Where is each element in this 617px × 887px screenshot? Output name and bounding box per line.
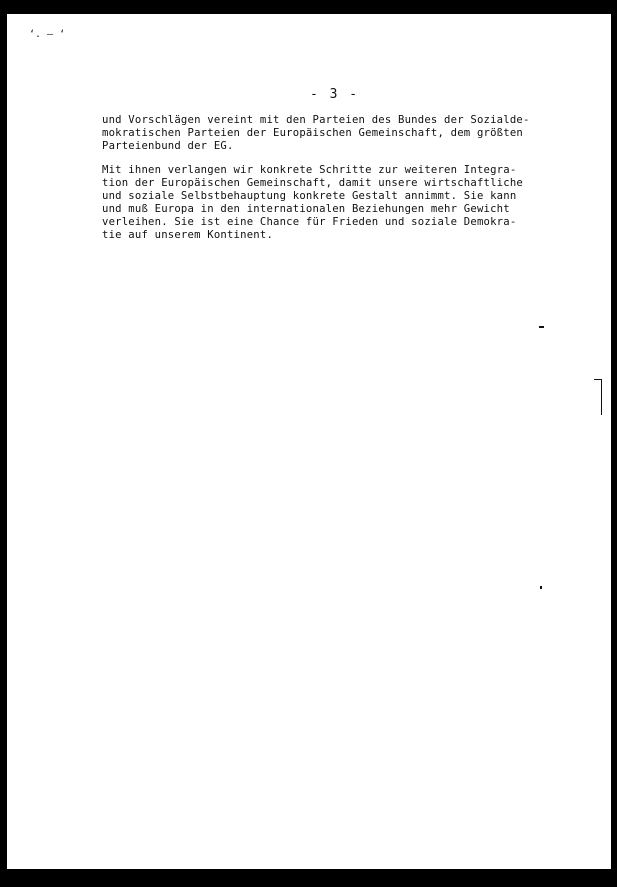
paragraph-2: Mit ihnen verlangen wir konkrete Schritt… [102,164,523,242]
scan-speck [539,326,544,328]
margin-bracket-mark [594,379,602,415]
document-page: ‘. — ‘ - 3 - und Vorschlägen vereint mit… [7,14,611,869]
page-number: - 3 - [310,87,359,102]
paragraph-1: und Vorschlägen vereint mit den Parteien… [102,114,530,153]
corner-marks: ‘. — ‘ [29,29,65,40]
scan-speck [540,586,542,589]
